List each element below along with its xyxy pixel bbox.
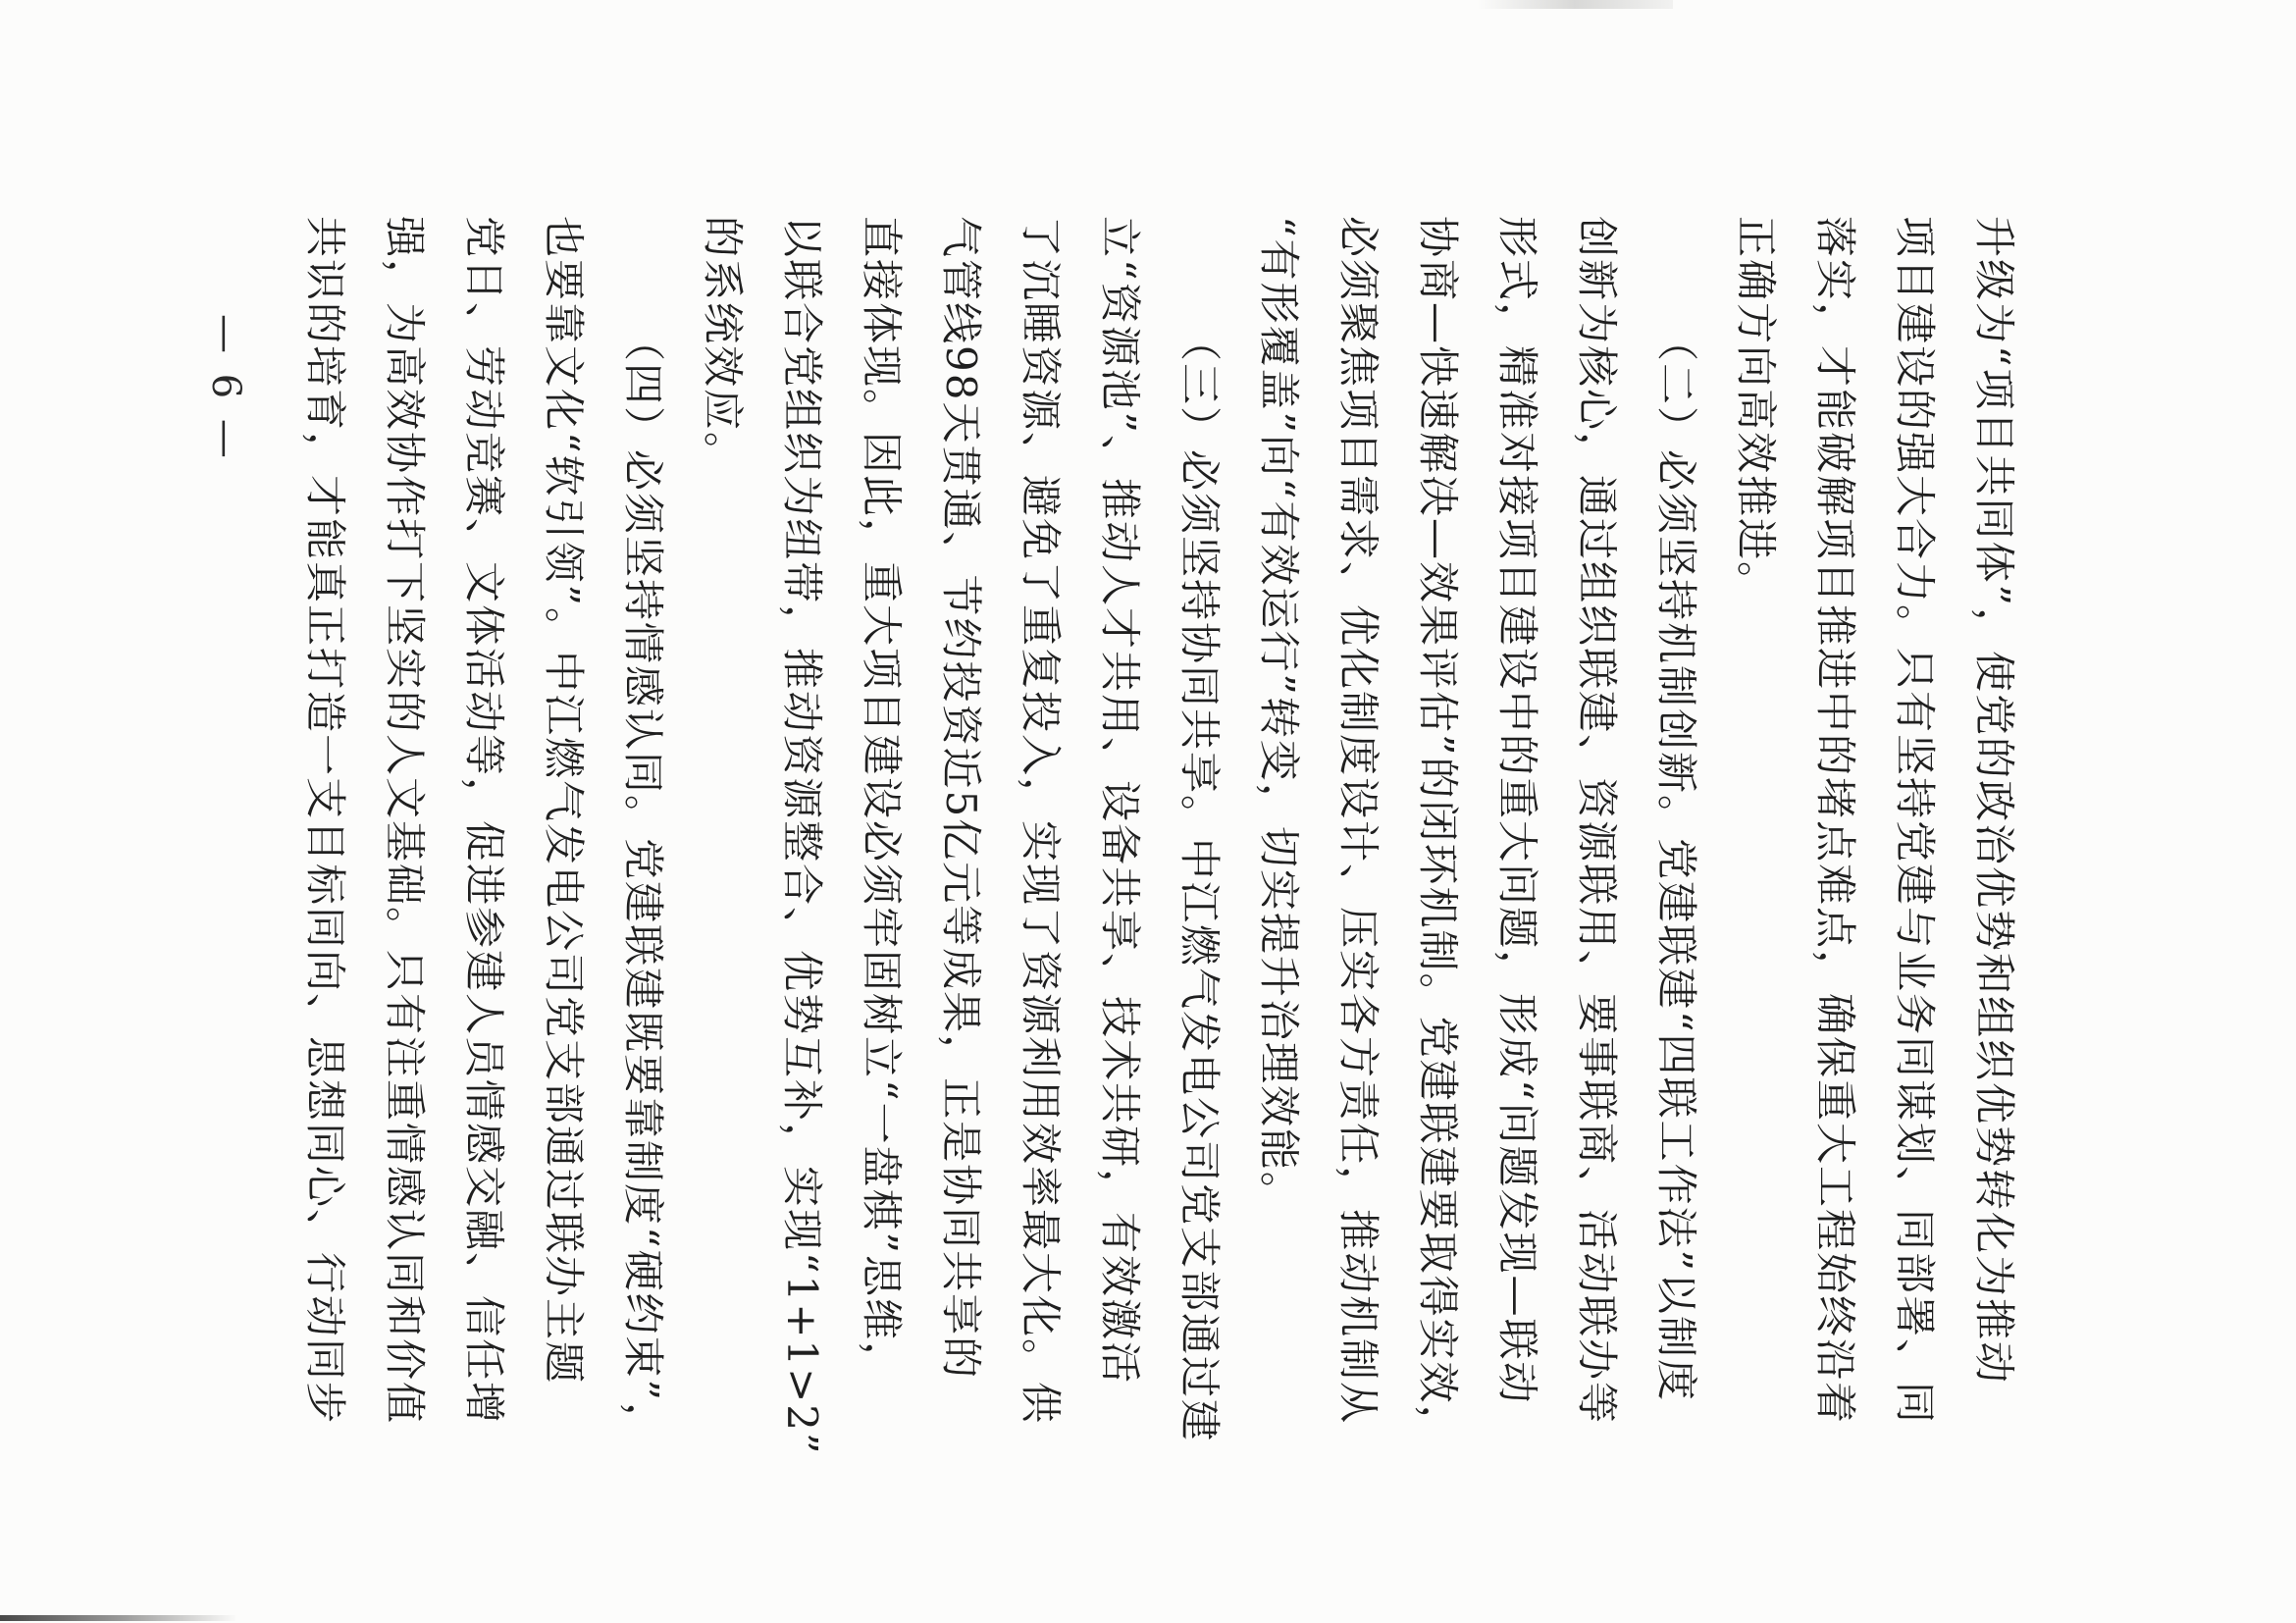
text-line: 也要靠文化“软引领”。中江燃气发电公司党支部通过联办主题 xyxy=(524,216,603,1452)
text-line: 直接体现。因此，重大项目建设必须牢固树立“一盘棋”思维， xyxy=(842,216,921,1452)
text-block: 升级为“项目共同体”，使党的政治优势和组织优势转化为推动项目建设的强大合力。只有… xyxy=(286,216,2034,1452)
scanned-page: 升级为“项目共同体”，使党的政治优势和组织优势转化为推动项目建设的强大合力。只有… xyxy=(0,0,2296,1623)
text-line: 项目建设的强大合力。只有坚持党建与业务同谋划、同部署、同 xyxy=(1875,216,1955,1452)
paragraph: （四）必须坚持情感认同。党建联建既要靠制度“硬约束”，也要靠文化“软引领”。中江… xyxy=(286,216,683,1452)
scanned-document-image: 升级为“项目共同体”，使党的政治优势和组织优势转化为推动项目建设的强大合力。只有… xyxy=(0,0,2296,1623)
paragraph: （三）必须坚持协同共享。中江燃气发电公司党支部通过建立“资源池”、推动人才共用、… xyxy=(683,216,1239,1452)
text-line: （二）必须坚持机制创新。党建联建“四联工作法”以制度 xyxy=(1637,216,1716,1452)
text-line: 以联合党组织为纽带，推动资源整合、优势互补，实现“1+1>2” xyxy=(762,216,842,1452)
page-number: — 6 — xyxy=(196,314,255,462)
text-line: 落实，才能破解项目推进中的堵点难点，确保重大工程始终沿着 xyxy=(1796,216,1875,1452)
text-line: 共识的培育，才能真正打造一支目标同向、思想同心、行动同步 xyxy=(286,216,365,1452)
text-line: 立“资源池”、推动人才共用、设备共享、技术共研，有效激活 xyxy=(1080,216,1160,1452)
text-line: 协商—快速解决—效果评估”的闭环机制。党建联建要取得实效， xyxy=(1398,216,1478,1452)
text-line: 形式，精准对接项目建设中的重大问题，形成“问题发现—联动 xyxy=(1478,216,1557,1452)
text-line: 正确方向高效推进。 xyxy=(1716,216,1796,1452)
text-line: 了沉睡资源、避免了重复投入，实现了资源利用效率最大化。供 xyxy=(1001,216,1080,1452)
text-line: （四）必须坚持情感认同。党建联建既要靠制度“硬约束”， xyxy=(603,216,683,1452)
paragraph: 升级为“项目共同体”，使党的政治优势和组织优势转化为推动项目建设的强大合力。只有… xyxy=(1716,216,2034,1452)
text-line: 强，为高效协作打下坚实的人文基础。只有注重情感认同和价值 xyxy=(365,216,444,1452)
text-line: （三）必须坚持协同共享。中江燃气发电公司党支部通过建 xyxy=(1160,216,1239,1452)
text-line: 创新为核心，通过组织联建、资源联用、要事联商、活动联办等 xyxy=(1557,216,1637,1452)
paragraph: （二）必须坚持机制创新。党建联建“四联工作法”以制度创新为核心，通过组织联建、资… xyxy=(1239,216,1716,1452)
text-line: 必须聚焦项目需求、优化制度设计、压实各方责任，推动机制从 xyxy=(1319,216,1398,1452)
text-line: 气管线98天贯通、节约投资近5亿元等成果，正是协同共享的 xyxy=(921,216,1001,1452)
text-line: 的系统效应。 xyxy=(683,216,762,1452)
text-line: 党日、劳动竞赛、文体活动等，促进参建人员情感交融、信任增 xyxy=(444,216,524,1452)
text-line: “有形覆盖”向“有效运行”转变，切实提升治理效能。 xyxy=(1239,216,1319,1452)
text-line: 升级为“项目共同体”，使党的政治优势和组织优势转化为推动 xyxy=(1955,216,2034,1452)
